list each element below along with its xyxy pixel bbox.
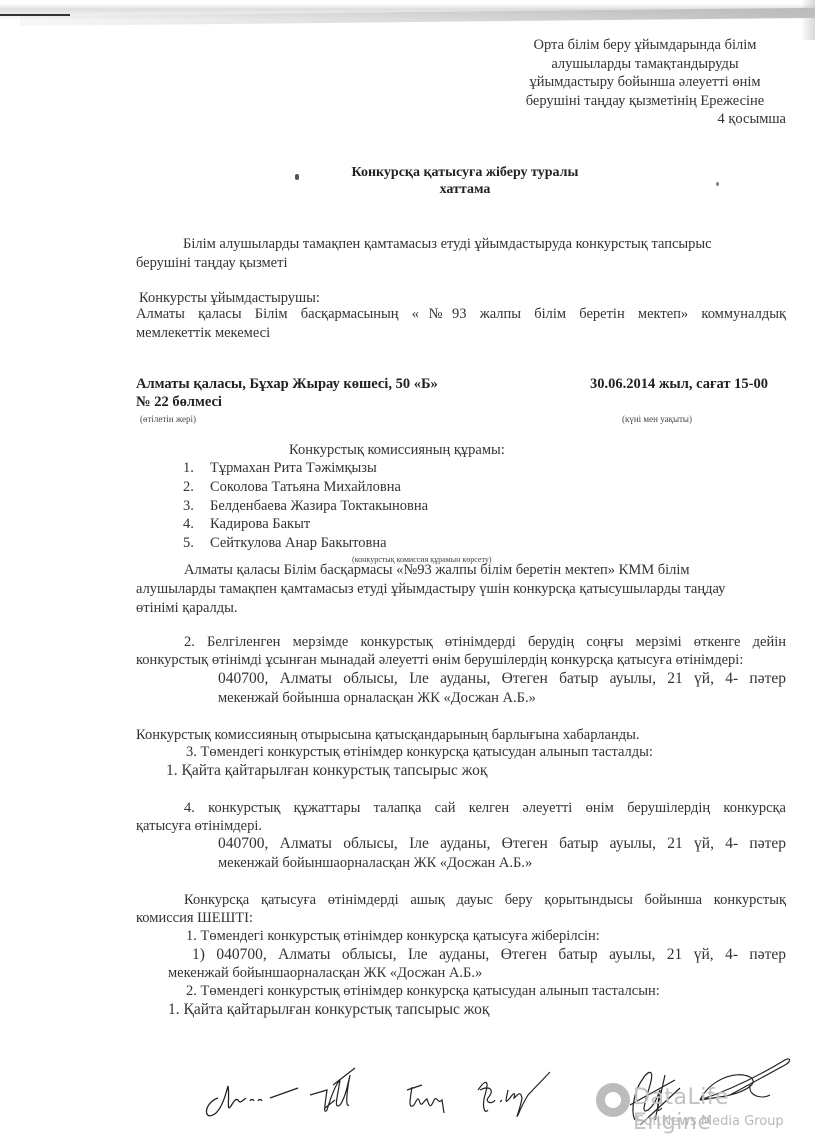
watermark: DataLife Engine SoftNews Media Group bbox=[596, 1083, 806, 1138]
member-number: 2. bbox=[183, 478, 210, 497]
decision-item1-heading: 1. Төмендегі конкурстық өтінімдер конкур… bbox=[186, 927, 600, 946]
service-line-2: берушіні таңдау қызметі bbox=[136, 254, 288, 273]
decision-item2-sub: 1. Қайта қайтарылған конкурстық тапсырыс… bbox=[168, 1000, 489, 1019]
annex-line: Орта білім беру ұйымдарында білім bbox=[500, 36, 790, 55]
meeting-datetime: 30.06.2014 жыл, сағат 15-00 bbox=[590, 375, 768, 394]
signature-1 bbox=[198, 1068, 308, 1123]
section4-line-1: 4. конкурстық құжаттары талапқа сай келг… bbox=[184, 799, 786, 818]
list-item: 1.Тұрмахан Рита Тәжімқызы bbox=[183, 459, 377, 478]
commission-heading: Конкурстық комиссияның құрамы: bbox=[289, 441, 505, 460]
member-name: Кадирова Бакыт bbox=[210, 516, 310, 532]
watermark-subtitle: SoftNews Media Group bbox=[636, 1114, 784, 1129]
decision-item1-address-1: 1) 040700, Алматы облысы, Іле ауданы, Өт… bbox=[192, 945, 786, 964]
service-line-1: Білім алушыларды тамақпен қамтамасыз ету… bbox=[183, 235, 712, 254]
decision-line-1: Конкурсқа қатысуға өтінімдерді ашық дауы… bbox=[184, 891, 786, 910]
decision-item1-address-2: мекенжай бойыншаорналасқан ЖК «Досжан А.… bbox=[168, 964, 482, 983]
member-name: Соколова Татьяна Михайловна bbox=[210, 479, 401, 495]
member-number: 3. bbox=[183, 497, 210, 516]
member-name: Тұрмахан Рита Тәжімқызы bbox=[210, 460, 377, 476]
title-line-2: хаттама bbox=[290, 181, 640, 198]
member-number: 1. bbox=[183, 459, 210, 478]
venue-address: Алматы қаласы, Бұхар Жырау көшесі, 50 «Б… bbox=[136, 375, 438, 394]
datetime-caption: (күні мен уақыты) bbox=[622, 410, 692, 429]
annex-line: ұйымдастыру бойынша әлеуетті өнім bbox=[500, 73, 790, 92]
title-line-1: Конкурсқа қатысуға жіберу туралы bbox=[290, 164, 640, 181]
decision-line-2: комиссия ШЕШТІ: bbox=[136, 909, 253, 928]
annex-line: алушыларды тамақтандыруды bbox=[500, 55, 790, 74]
section2-address-2: мекенжай бойынша орналасқан ЖК «Досжан А… bbox=[218, 689, 536, 708]
venue-caption: (өтілетін жері) bbox=[140, 410, 196, 429]
list-item: 3.Белденбаева Жазира Токтакыновна bbox=[183, 497, 428, 516]
annex-line: берушіні таңдау қызметінің Ережесіне bbox=[500, 92, 790, 111]
appendix-label: 4 қосымша bbox=[500, 110, 790, 129]
section2-line-1: 2. Белгіленген мерзімде конкурстық өтіні… bbox=[184, 633, 786, 652]
document-title: Конкурсқа қатысуға жіберу туралы хаттама bbox=[290, 164, 640, 198]
section2-line-2: конкурстық өтінімді ұсынған мынадай әлеу… bbox=[136, 651, 743, 670]
annex-header: Орта білім беру ұйымдарында білім алушыл… bbox=[500, 36, 790, 129]
section3-heading: 3. Төмендегі конкурстық өтінімдер конкур… bbox=[186, 743, 653, 762]
organizer-line-1: Алматы қаласы Білім басқармасының «№93 ж… bbox=[136, 305, 786, 324]
organizer-line-2: мемлекеттік мекемесі bbox=[136, 324, 270, 343]
member-number: 4. bbox=[183, 515, 210, 534]
scan-edge-right bbox=[801, 0, 815, 40]
list-item: 4.Кадирова Бакыт bbox=[183, 515, 310, 534]
signature-3 bbox=[402, 1075, 452, 1120]
section4-address-1: 040700, Алматы облысы, Іле ауданы, Өтеге… bbox=[218, 834, 786, 853]
member-name: Белденбаева Жазира Токтакыновна bbox=[210, 498, 428, 514]
scan-speck bbox=[716, 182, 719, 186]
section4-address-2: мекенжай бойыншаорналасқан ЖК «Досжан А.… bbox=[218, 854, 532, 873]
member-name: Сейткулова Анар Бакытовна bbox=[210, 535, 387, 551]
review-line-3: өтінімі қаралды. bbox=[136, 599, 238, 618]
review-line-2: алушыларды тамақпен қамтамасыз етуді ұйы… bbox=[136, 580, 725, 599]
scan-edge-line bbox=[0, 14, 70, 16]
signature-2 bbox=[305, 1060, 365, 1130]
signature-4 bbox=[470, 1060, 560, 1130]
list-item: 2.Соколова Татьяна Михайловна bbox=[183, 478, 401, 497]
watermark-logo-icon bbox=[596, 1083, 630, 1117]
decision-item2-heading: 2. Төмендегі конкурстық өтінімдер конкур… bbox=[186, 982, 660, 1001]
review-line-1: Алматы қаласы Білім басқармасы «№93 жалп… bbox=[184, 561, 690, 580]
section2-address-1: 040700, Алматы облысы, Іле ауданы, Өтеге… bbox=[218, 669, 786, 688]
section3-item: 1. Қайта қайтарылған конкурстық тапсырыс… bbox=[166, 761, 487, 780]
member-number: 5. bbox=[183, 534, 210, 553]
